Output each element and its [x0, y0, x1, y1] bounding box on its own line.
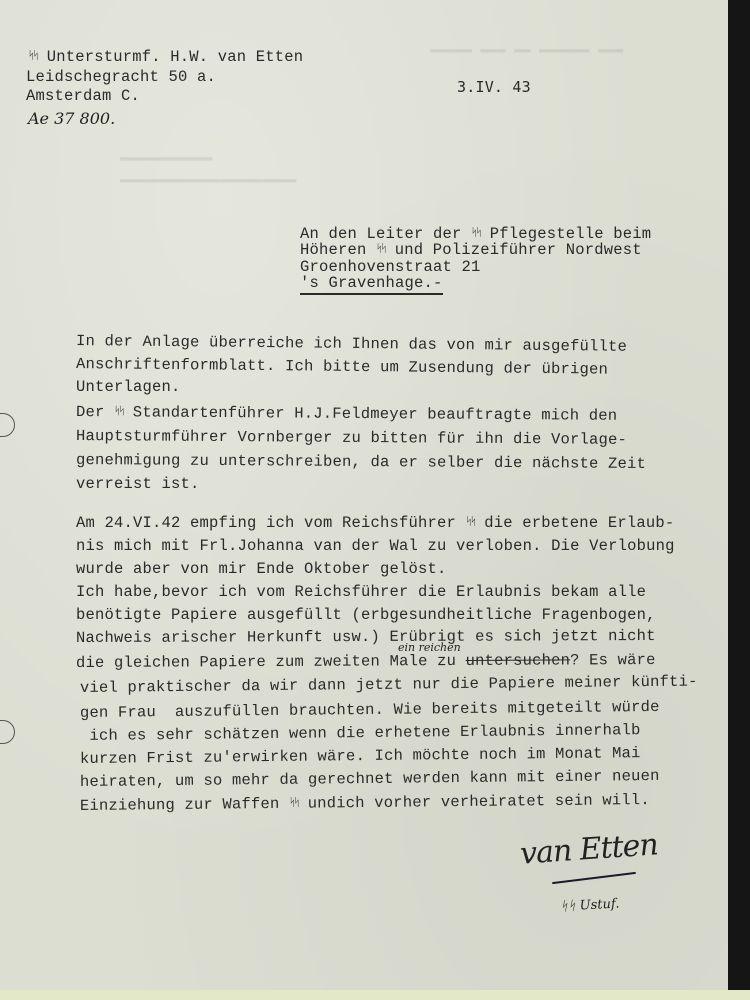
recipient-line-4: 's Gravenhage.- [300, 276, 443, 292]
recipient-line-2: Höheren ᛋᛋ und Polizeiführer Nordwest [300, 243, 642, 259]
body-line: wurde aber von mir Ende Oktober gelöst. [76, 562, 447, 578]
body-line: ich es sehr schätzen wenn die erhetene E… [80, 723, 641, 744]
sender-line-3: Amsterdam C. [26, 89, 140, 105]
signature-rank: ᛋᛋ Ustuf. [560, 896, 620, 914]
ss-rune: ᛋᛋ [28, 49, 37, 62]
sender-line-2: Leidschegracht 50 a. [26, 70, 216, 86]
body-line: benötigte Papiere ausgefüllt (erbgesundh… [76, 608, 656, 624]
body-line: In der Anlage überreiche ich Ihnen das v… [76, 334, 627, 355]
punch-hole [0, 413, 15, 437]
signature: van Etten [519, 827, 659, 872]
body-line: Einziehung zur Waffen ᛋᛋ undich vorher v… [80, 793, 650, 814]
body-line: Unterlagen. [76, 380, 181, 396]
handwritten-reference: Ae 37 800. [28, 109, 115, 128]
body-line: kurzen Frist zu'erwirken wäre. Ich möcht… [80, 746, 641, 767]
body-line: die gleichen Papiere zum zweiten Male zu… [76, 653, 656, 672]
sender-line-1: ᛋᛋ Untersturmf. H.W. van Etten [28, 50, 303, 66]
body-line: Anschriftenformblatt. Ich bitte um Zusen… [76, 357, 608, 378]
sender-name: Untersturmf. H.W. van Etten [47, 48, 304, 66]
letter-page: ▬▬▬▬▬ ▬▬▬ ▬▬ ▬▬▬▬▬▬ ▬▬▬ ▬▬▬▬▬▬▬▬▬▬▬ ▬▬▬▬… [0, 0, 728, 990]
bleed-through-text: ▬▬▬▬▬ ▬▬▬ ▬▬ ▬▬▬▬▬▬ ▬▬▬ [430, 42, 623, 58]
struck-word: untersuchen [466, 651, 571, 670]
body-line: genehmigung zu unterschreiben, da er sel… [76, 453, 646, 472]
body-line: nis mich mit Frl.Johanna van der Wal zu … [76, 539, 675, 555]
punch-hole [0, 720, 15, 744]
body-line: Ich habe,bevor ich vom Reichsführer die … [76, 585, 646, 601]
body-line: Nachweis arischer Herkunft usw.) Erübrig… [76, 629, 656, 647]
signature-underline [552, 872, 636, 884]
body-line: verreist ist. [76, 477, 200, 493]
body-line: Am 24.VI.42 empfing ich vom Reichsführer… [76, 516, 674, 532]
letter-date: 3.IV. 43 [457, 80, 531, 95]
bleed-through-text: ▬▬▬▬▬▬▬▬▬▬▬ [120, 150, 212, 166]
body-line: gen Frau auszufüllen brauchten. Wie bere… [80, 700, 660, 722]
bleed-through-text: ▬▬▬▬▬▬▬▬▬▬▬▬▬▬▬▬▬▬▬▬▬ [120, 172, 296, 188]
body-line: Der ᛋᛋ Standartenführer H.J.Feldmeyer be… [76, 405, 617, 424]
scan-edge [0, 990, 750, 1000]
body-line: heiraten, um so mehr da gerechnet werden… [80, 769, 660, 791]
body-line: Hauptsturmführer Vornberger zu bitten fü… [76, 429, 627, 448]
body-line: viel praktischer da wir dann jetzt nur d… [80, 675, 698, 697]
